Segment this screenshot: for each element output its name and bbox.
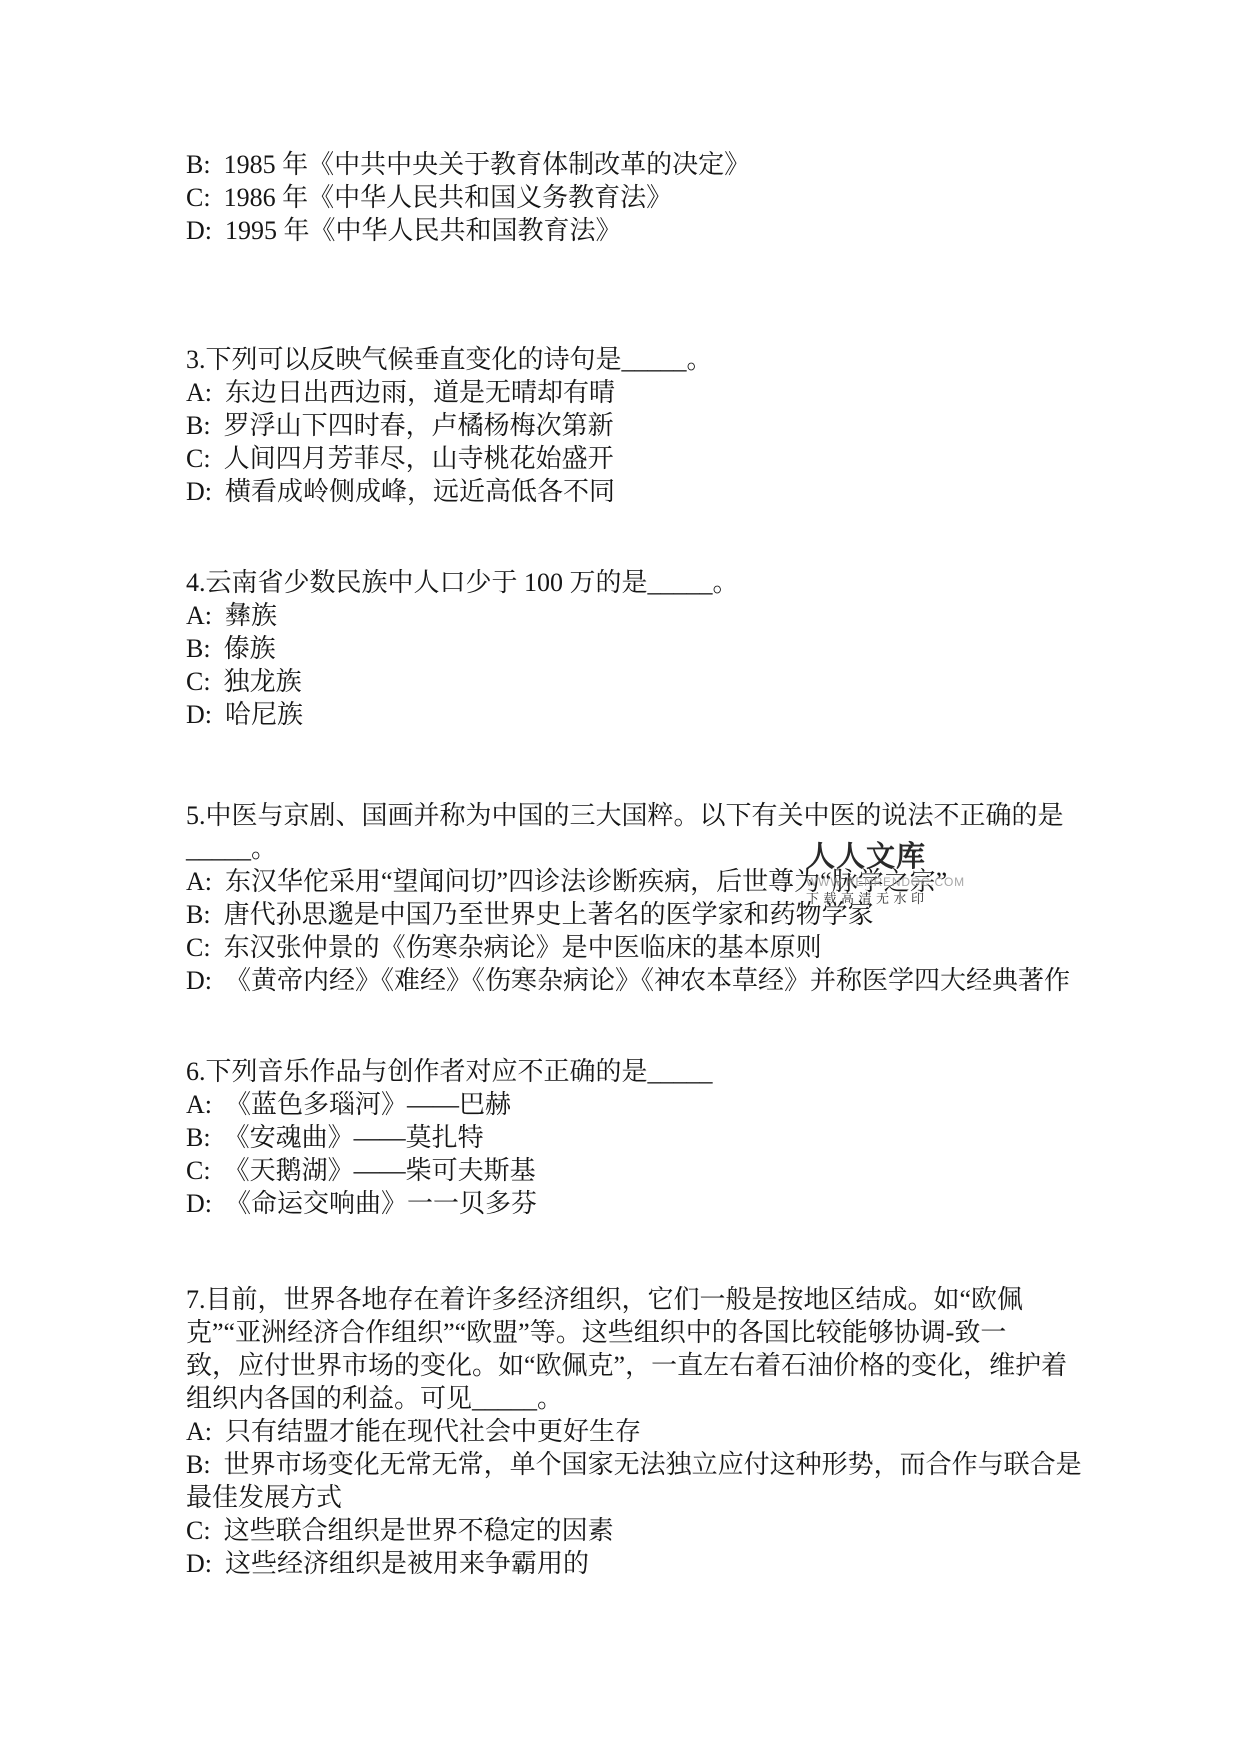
- option-text: 《安魂曲》——莫扎特: [224, 1123, 484, 1152]
- option-text: 唐代孙思邈是中国乃至世界史上著名的医学家和药物学家: [224, 900, 874, 929]
- option-label: C:: [186, 444, 211, 473]
- option-row: D:《命运交响曲》一一贝多芬: [186, 1187, 1086, 1220]
- option-text: 1995 年《中华人民共和国教育法》: [225, 216, 622, 245]
- option-label: D:: [186, 477, 212, 506]
- option-text: 东汉华佗采用“望闻问切”四诊法诊断疾病，后世尊为“脉学之宗”: [225, 867, 947, 896]
- option-row: B:傣族: [186, 632, 1086, 665]
- option-row: A:彝族: [186, 599, 1086, 632]
- question-block-5: 5.中医与京剧、国画并称为中国的三大国粹。以下有关中医的说法不正确的是 ____…: [186, 799, 1086, 997]
- question-block-2-partial: B:1985 年《中共中央关于教育体制改革的决定》 C:1986 年《中华人民共…: [186, 148, 1086, 247]
- option-text: 东边日出西边雨，道是无晴却有晴: [225, 378, 615, 407]
- option-row: D:哈尼族: [186, 698, 1086, 731]
- question-block-6: 6.下列音乐作品与创作者对应不正确的是_____ A:《蓝色多瑙河》——巴赫 B…: [186, 1055, 1086, 1220]
- option-label: B:: [186, 411, 211, 440]
- option-row: C:独龙族: [186, 665, 1086, 698]
- option-label: B:: [186, 900, 211, 929]
- question-block-4: 4.云南省少数民族中人口少于 100 万的是_____。 A:彝族 B:傣族 C…: [186, 566, 1086, 731]
- question-stem: 3.下列可以反映气候垂直变化的诗句是_____。: [186, 343, 1086, 376]
- option-text: 只有结盟才能在现代社会中更好生存: [225, 1417, 641, 1446]
- question-stem: 4.云南省少数民族中人口少于 100 万的是_____。: [186, 566, 1086, 599]
- option-text: 《命运交响曲》一一贝多芬: [225, 1189, 537, 1218]
- option-row: C:1986 年《中华人民共和国义务教育法》: [186, 181, 1086, 214]
- option-text: 这些联合组织是世界不稳定的因素: [224, 1516, 614, 1545]
- option-label: B:: [186, 1123, 211, 1152]
- option-label: D:: [186, 1549, 212, 1578]
- option-row: A:东汉华佗采用“望闻问切”四诊法诊断疾病，后世尊为“脉学之宗”: [186, 865, 1086, 898]
- option-text: 这些经济组织是被用来争霸用的: [225, 1549, 589, 1578]
- option-row: B:罗浮山下四时春，卢橘杨梅次第新: [186, 409, 1086, 442]
- exam-page: { "page": { "background": "#ffffff", "te…: [0, 0, 1240, 1753]
- option-row: A:《蓝色多瑙河》——巴赫: [186, 1088, 1086, 1121]
- question-stem: 5.中医与京剧、国画并称为中国的三大国粹。以下有关中医的说法不正确的是 ____…: [186, 799, 1086, 865]
- option-row: D:1995 年《中华人民共和国教育法》: [186, 214, 1086, 247]
- question-list: B:1985 年《中共中央关于教育体制改革的决定》 C:1986 年《中华人民共…: [186, 0, 1086, 1580]
- option-text: 傣族: [224, 634, 276, 663]
- question-stem: 6.下列音乐作品与创作者对应不正确的是_____: [186, 1055, 1086, 1088]
- option-text: 罗浮山下四时春，卢橘杨梅次第新: [224, 411, 614, 440]
- option-row: D:这些经济组织是被用来争霸用的: [186, 1547, 1086, 1580]
- option-label: B:: [186, 1450, 211, 1479]
- option-label: D:: [186, 216, 212, 245]
- question-stem: 7.目前，世界各地存在着许多经济组织，它们一般是按地区结成。如“欧佩 克”“亚洲…: [186, 1283, 1086, 1415]
- option-label: B:: [186, 150, 211, 179]
- option-label: A:: [186, 601, 212, 630]
- option-label: C:: [186, 1516, 211, 1545]
- option-text: 《蓝色多瑙河》——巴赫: [225, 1090, 511, 1119]
- option-row: B:1985 年《中共中央关于教育体制改革的决定》: [186, 148, 1086, 181]
- option-row: C:人间四月芳菲尽，山寺桃花始盛开: [186, 442, 1086, 475]
- option-row: C:东汉张仲景的《伤寒杂病论》是中医临床的基本原则: [186, 931, 1086, 964]
- option-label: C:: [186, 933, 211, 962]
- option-label: A:: [186, 867, 212, 896]
- option-label: A:: [186, 1417, 212, 1446]
- option-row: D:《黄帝内经》《难经》《伤寒杂病论》《神农本草经》并称医学四大经典著作: [186, 964, 1086, 997]
- option-label: A:: [186, 1090, 212, 1119]
- option-text: 1986 年《中华人民共和国义务教育法》: [224, 183, 673, 212]
- question-block-7: 7.目前，世界各地存在着许多经济组织，它们一般是按地区结成。如“欧佩 克”“亚洲…: [186, 1283, 1086, 1580]
- option-text: 彝族: [225, 601, 277, 630]
- option-row: B:世界市场变化无常无常，单个国家无法独立应付这种形势，而合作与联合是 最佳发展…: [186, 1448, 1086, 1514]
- option-text: 人间四月芳菲尽，山寺桃花始盛开: [224, 444, 614, 473]
- option-row: A:东边日出西边雨，道是无晴却有晴: [186, 376, 1086, 409]
- option-row: B:唐代孙思邈是中国乃至世界史上著名的医学家和药物学家: [186, 898, 1086, 931]
- option-row: C:《天鹅湖》——柴可夫斯基: [186, 1154, 1086, 1187]
- option-text: 独龙族: [224, 667, 302, 696]
- option-text: 《天鹅湖》——柴可夫斯基: [224, 1156, 536, 1185]
- option-row: D:横看成岭侧成峰，远近高低各不同: [186, 475, 1086, 508]
- option-row: C:这些联合组织是世界不稳定的因素: [186, 1514, 1086, 1547]
- option-row: A:只有结盟才能在现代社会中更好生存: [186, 1415, 1086, 1448]
- option-label: A:: [186, 378, 212, 407]
- option-label: C:: [186, 183, 211, 212]
- option-label: B:: [186, 634, 211, 663]
- option-label: D:: [186, 700, 212, 729]
- option-row: B:《安魂曲》——莫扎特: [186, 1121, 1086, 1154]
- option-text: 《黄帝内经》《难经》《伤寒杂病论》《神农本草经》并称医学四大经典著作: [225, 966, 1070, 995]
- option-label: D:: [186, 966, 212, 995]
- option-text: 东汉张仲景的《伤寒杂病论》是中医临床的基本原则: [224, 933, 822, 962]
- option-label: D:: [186, 1189, 212, 1218]
- option-text: 1985 年《中共中央关于教育体制改革的决定》: [224, 150, 751, 179]
- question-block-3: 3.下列可以反映气候垂直变化的诗句是_____。 A:东边日出西边雨，道是无晴却…: [186, 343, 1086, 508]
- option-label: C:: [186, 1156, 211, 1185]
- option-text: 横看成岭侧成峰，远近高低各不同: [225, 477, 615, 506]
- option-label: C:: [186, 667, 211, 696]
- option-text: 哈尼族: [225, 700, 303, 729]
- option-text: 世界市场变化无常无常，单个国家无法独立应付这种形势，而合作与联合是 最佳发展方式: [186, 1450, 1082, 1512]
